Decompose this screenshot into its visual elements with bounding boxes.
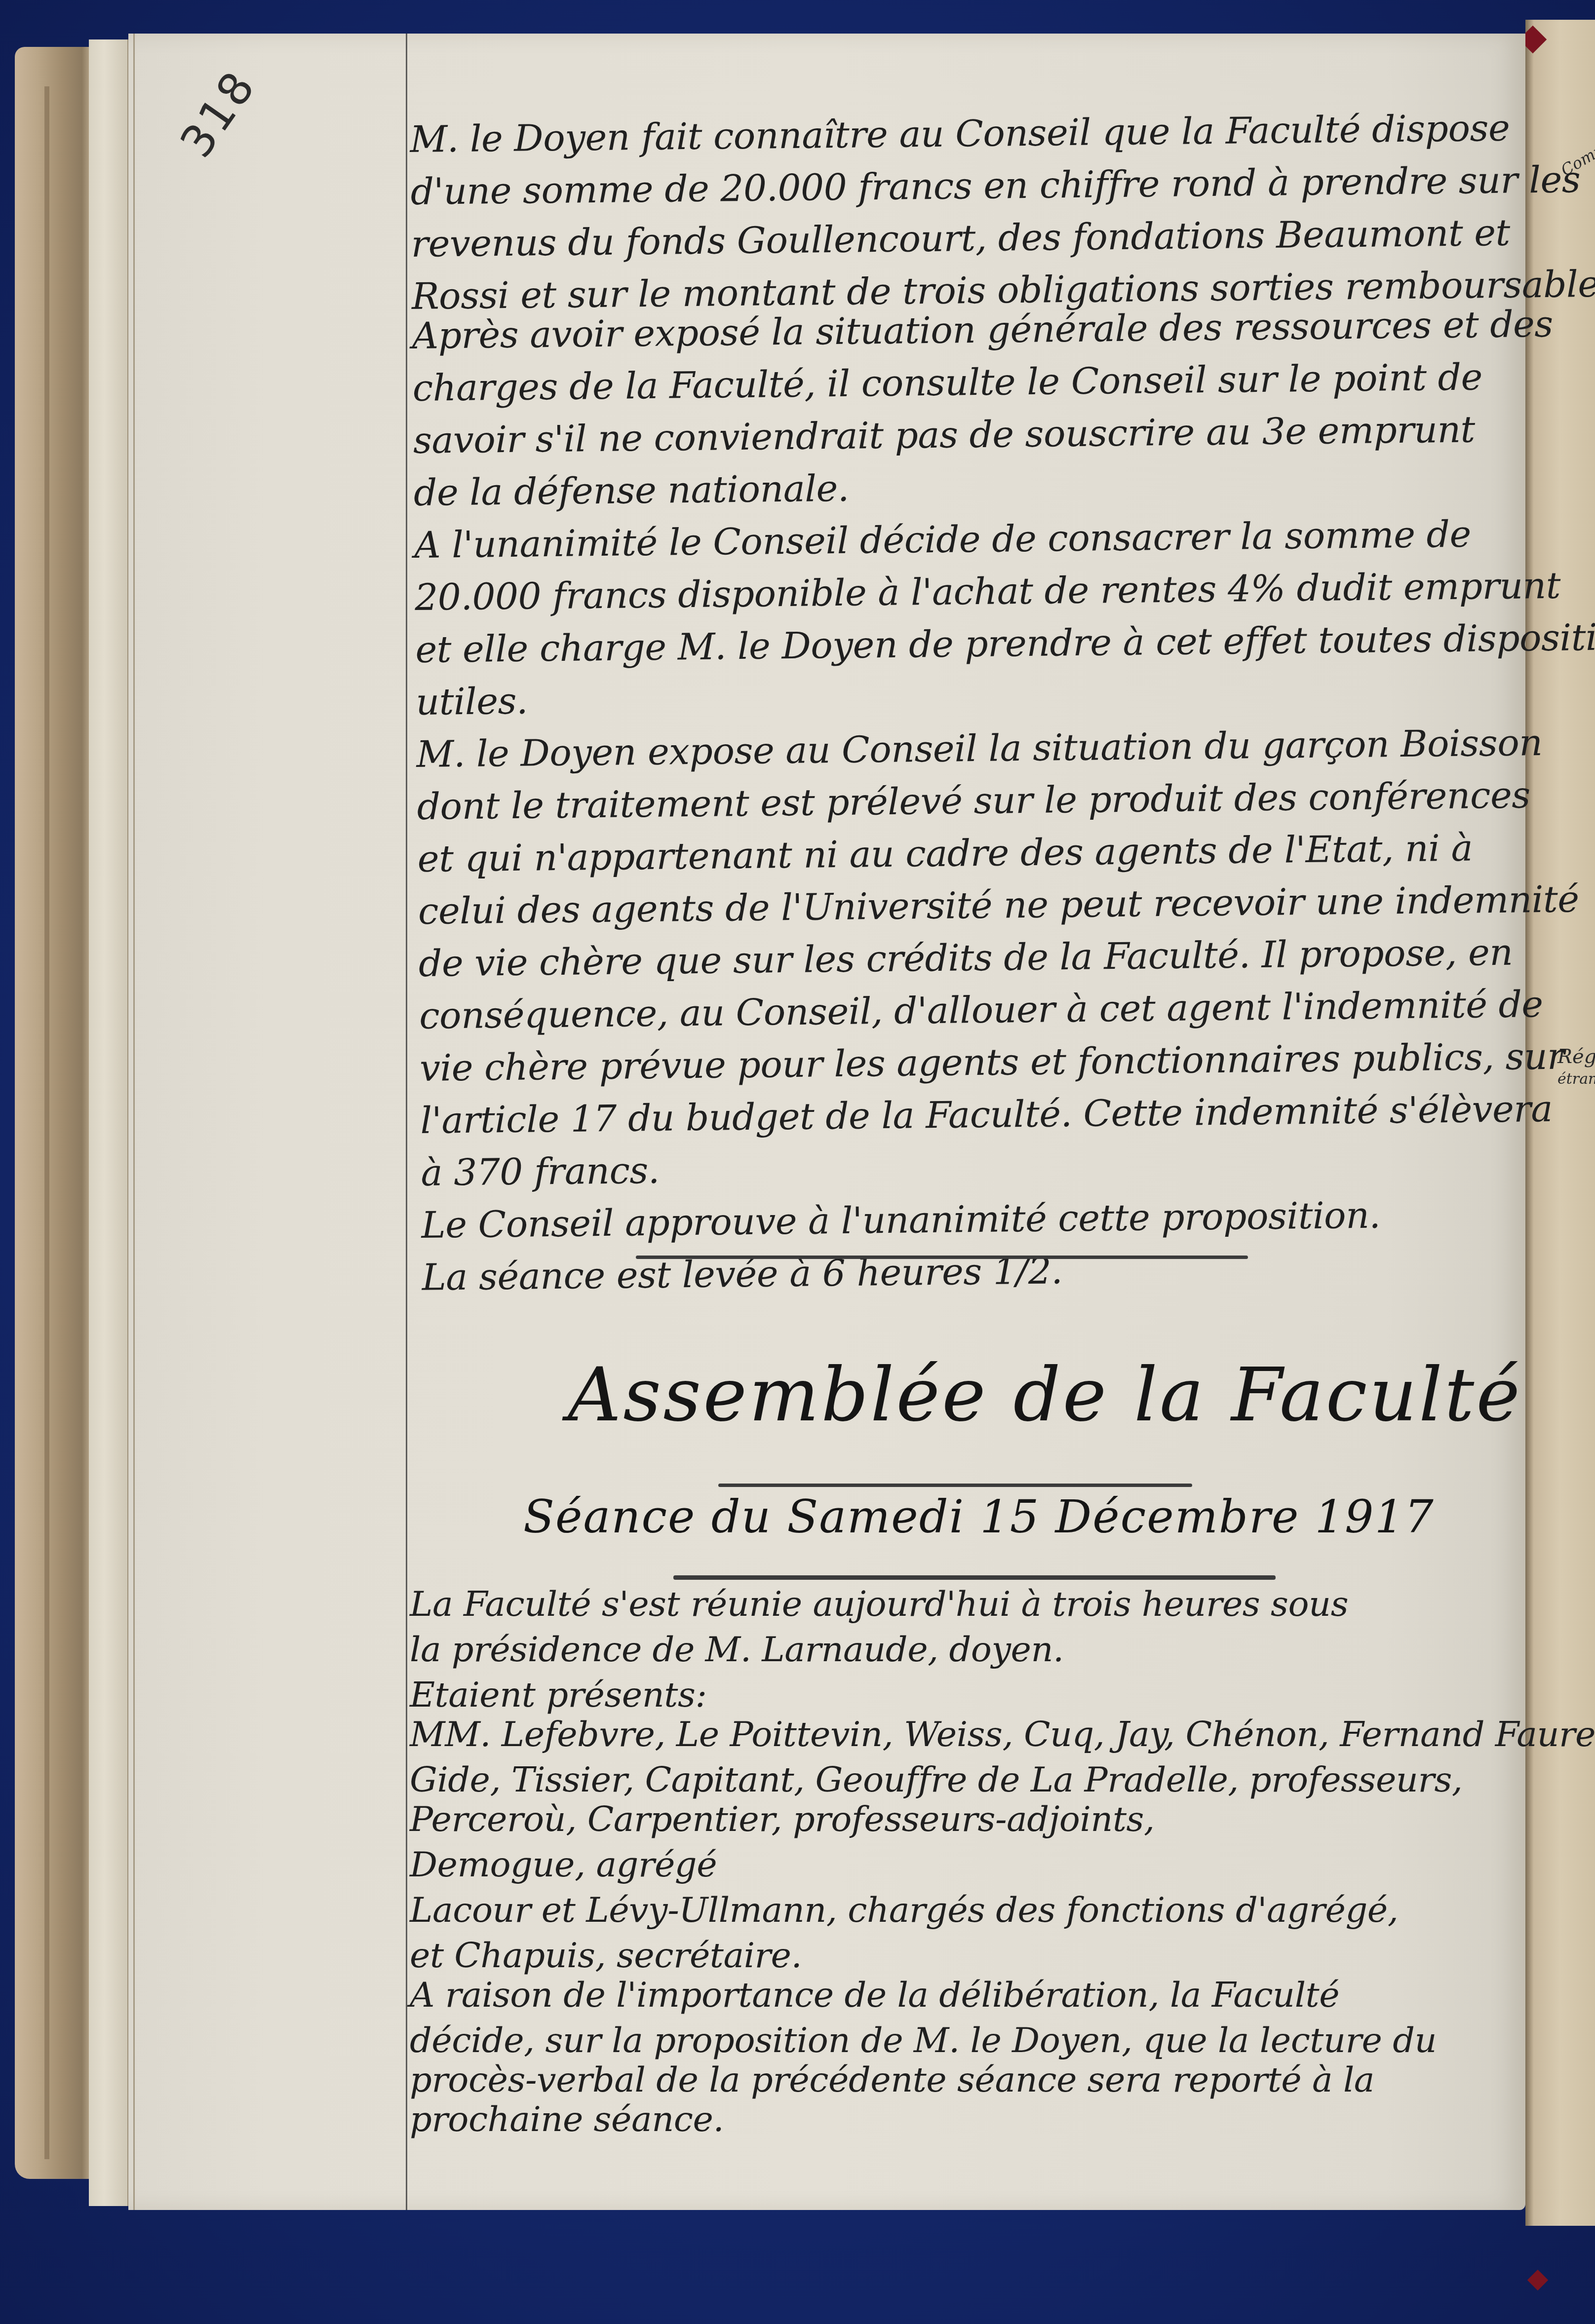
text-line: la présidence de M. Larnaude, doyen. bbox=[410, 1630, 1516, 1675]
section-divider bbox=[636, 1256, 1248, 1259]
page-edges bbox=[89, 39, 128, 2206]
text-line: Lacour et Lévy-Ullmann, chargés des fonc… bbox=[410, 1890, 1516, 1936]
text-line: La Faculté s'est réunie aujourd'hui à tr… bbox=[410, 1584, 1516, 1630]
margin-rule bbox=[406, 34, 407, 2210]
text-line: Etaient présents: bbox=[410, 1675, 1516, 1714]
heading-underline bbox=[718, 1484, 1192, 1487]
text-line: procès-verbal de la précédente séance se… bbox=[410, 2060, 1516, 2099]
session-date-heading: Séance du Samedi 15 Décembre 1917 bbox=[523, 1490, 1435, 1543]
text-line: décide, sur la proposition de M. le Doye… bbox=[410, 2020, 1516, 2060]
text-line: Perceroù, Carpentier, professeurs-adjoin… bbox=[410, 1799, 1516, 1845]
assembly-minutes: La Faculté s'est réunie aujourd'hui à tr… bbox=[410, 1584, 1516, 2139]
text-line: Demogue, agrégé bbox=[410, 1845, 1516, 1890]
text-line: A raison de l'importance de la délibérat… bbox=[410, 1975, 1516, 2020]
book-spine bbox=[15, 47, 94, 2179]
text-line: prochaine séance. bbox=[410, 2099, 1516, 2139]
council-minutes: M. le Doyen fait connaître au Conseil qu… bbox=[410, 102, 1528, 1304]
text-line: MM. Lefebvre, Le Poittevin, Weiss, Cuq, … bbox=[410, 1714, 1516, 1760]
assembly-heading: Assemblée de la Faculté bbox=[568, 1352, 1522, 1438]
page-number: 318 bbox=[170, 61, 267, 167]
text-line: et Chapuis, secrétaire. bbox=[410, 1936, 1516, 1975]
session-underline bbox=[673, 1575, 1276, 1580]
text-line: Gide, Tissier, Capitant, Geouffre de La … bbox=[410, 1760, 1516, 1799]
gutter-line bbox=[133, 34, 135, 2210]
